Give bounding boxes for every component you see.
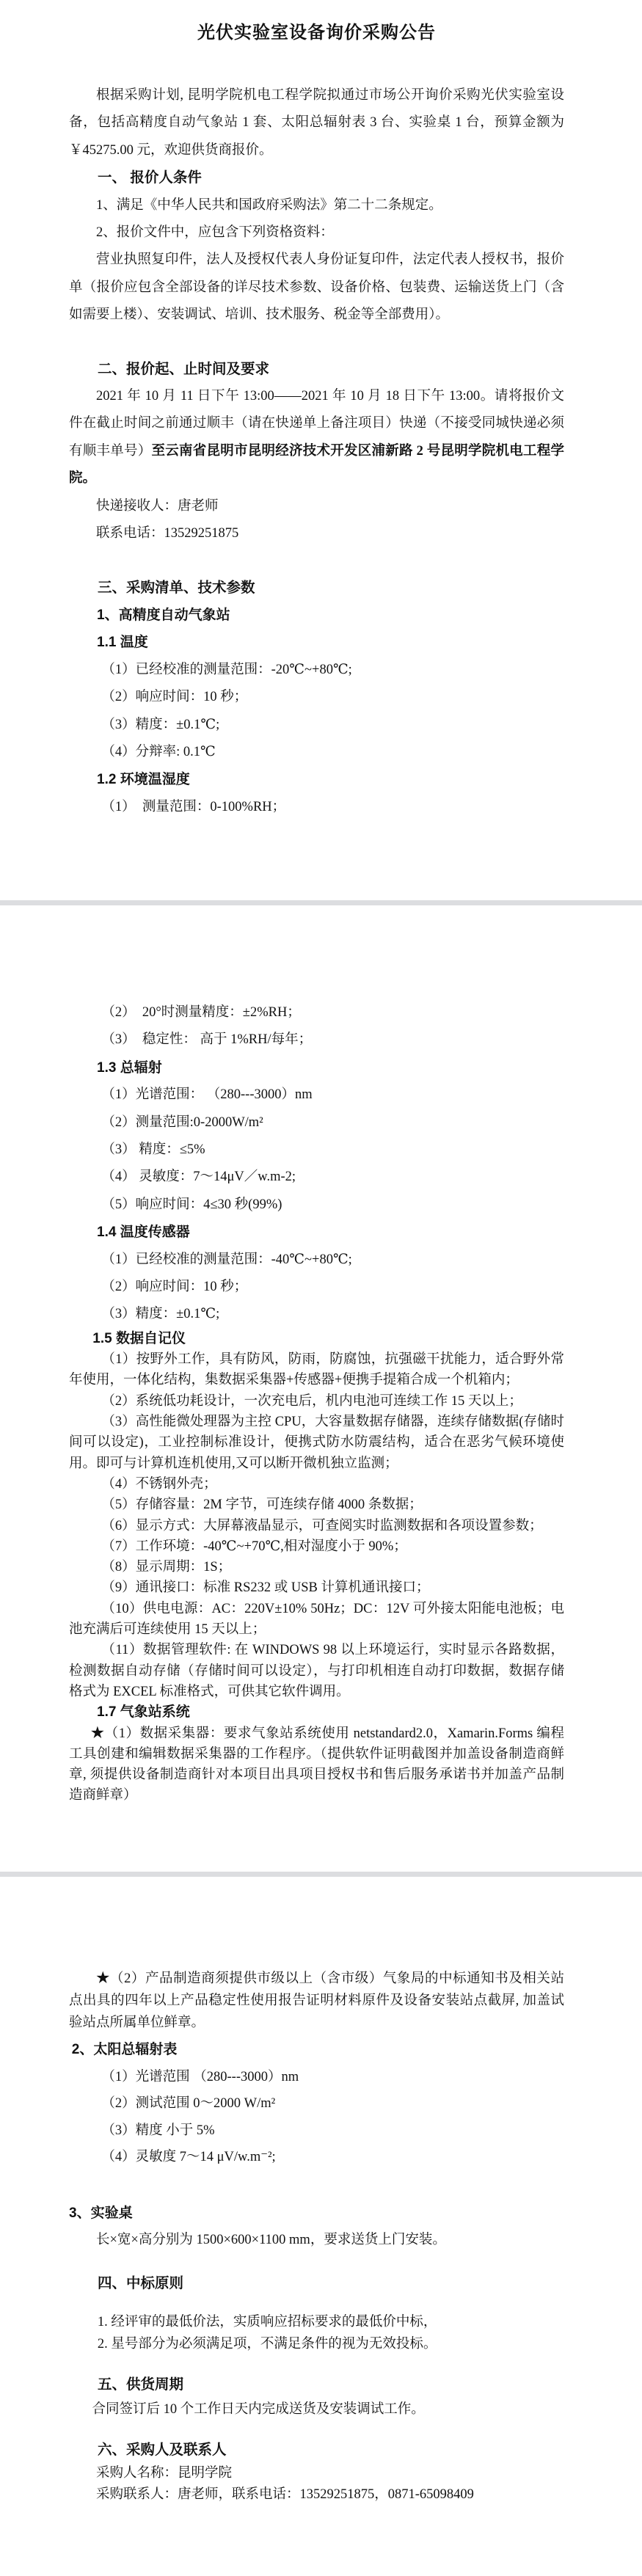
station-heading: 1、高精度自动气象站 xyxy=(69,602,564,629)
spec-item: （4）不锈钢外壳； xyxy=(69,1474,564,1495)
spec-item: （2）响应时间：10 秒； xyxy=(69,684,564,711)
spec-item: （1）光谱范围 （280---3000）nm xyxy=(69,2064,564,2091)
section-1-item-1: 1、满足《中华人民共和国政府采购法》第二十二条规定。 xyxy=(69,192,564,219)
buyer-contact: 采购联系人：唐老师，联系电话：13529251875，0871-65098409 xyxy=(69,2484,564,2506)
spec-item: （3） 精度：≤5% xyxy=(69,1136,564,1164)
spec-item: （3） 稳定性： 高于 1%RH/每年； xyxy=(69,1026,564,1054)
spec-item: （11）数据管理软件: 在 WINDOWS 98 以上环境运行，实时显示各路数据… xyxy=(69,1640,564,1702)
spec-item: （2） 20°时测量精度：±2%RH； xyxy=(69,999,564,1026)
section-1-qualification-paragraph: 营业执照复印件，法人及授权代表人身份证复印件，法定代表人授权书，报价单（报价应包… xyxy=(69,247,564,329)
spec-item: （4） 灵敏度：7～14μV／w.m-2; xyxy=(69,1164,564,1191)
spec-item: （10）供电电源：AC：220V±10% 50Hz；DC：12V 可外接太阳能电… xyxy=(69,1599,564,1641)
intro-paragraph: 根据采购计划, 昆明学院机电工程学院拟通过市场公开询价采购光伏实验室设备，包括高… xyxy=(69,82,564,164)
section-3-heading: 三、采购清单、技术参数 xyxy=(69,574,564,602)
courier-receiver: 快递接收人：唐老师 xyxy=(69,493,564,520)
spec-item: （6）显示方式：大屏幕液晶显示，可查阅实时监测数据和各项设置参数； xyxy=(69,1516,564,1536)
spec-item: （9）通讯接口：标准 RS232 或 USB 计算机通讯接口； xyxy=(69,1577,564,1598)
award-rule-item: 1. 经评审的最低价法，实质响应招标要求的最低价中标， xyxy=(69,2311,564,2333)
logger-heading: 1.5 数据自记仪 xyxy=(69,1329,564,1349)
page-separator xyxy=(0,1872,642,1877)
section-6-heading: 六、采购人及联系人 xyxy=(69,2437,564,2464)
spec-item: （4）灵敏度 7～14 μV/w.m⁻²; xyxy=(69,2144,564,2171)
spec-item: （2）响应时间：10 秒； xyxy=(69,1274,564,1301)
procurement-announcement-document: 光伏实验室设备询价采购公告 根据采购计划, 昆明学院机电工程学院拟通过市场公开询… xyxy=(0,0,642,2576)
page-3: ★（2）产品制造商须提供市级以上（含市级）气象局的中标通知书及相关站点出具的四年… xyxy=(0,1877,642,2576)
spec-item: （1）已经校准的测量范围：-20℃~+80℃; xyxy=(69,657,564,684)
spec-item: （3）精度 小于 5% xyxy=(69,2117,564,2145)
page-separator xyxy=(0,900,642,905)
spec-item: （8）显示周期：1S； xyxy=(69,1557,564,1577)
spec-item: （3）精度：±0.1℃; xyxy=(69,1301,564,1328)
pyranometer-heading: 2、太阳总辐射表 xyxy=(69,2037,564,2064)
spec-item: （1）已经校准的测量范围：-40℃~+80℃; xyxy=(69,1247,564,1274)
temp-heading: 1.1 温度 xyxy=(69,629,564,656)
document-title: 光伏实验室设备询价采购公告 xyxy=(69,19,564,47)
desk-heading: 3、实验桌 xyxy=(69,2200,564,2227)
section-5-heading: 五、供货周期 xyxy=(69,2371,564,2398)
delivery-period-paragraph: 合同签订后 10 个工作日天内完成送货及安装调试工作。 xyxy=(69,2398,564,2420)
buyer-name: 采购人名称：昆明学院 xyxy=(69,2463,564,2484)
spec-item: （1）光谱范围： （280---3000）nm xyxy=(69,1081,564,1109)
page-1: 光伏实验室设备询价采购公告 根据采购计划, 昆明学院机电工程学院拟通过市场公开询… xyxy=(0,0,642,900)
section-4-heading: 四、中标原则 xyxy=(69,2270,564,2297)
spec-item: （2）测量范围:0-2000W/m² xyxy=(69,1109,564,1136)
weather-system-heading: 1.7 气象站系统 xyxy=(69,1702,564,1723)
temp-sensor-heading: 1.4 温度传感器 xyxy=(69,1219,564,1246)
spec-item: （4）分辩率: 0.1℃ xyxy=(69,739,564,766)
spec-item: （5）存储容量：2M 字节，可连续存储 4000 条数据； xyxy=(69,1495,564,1515)
starred-requirement-2: ★（2）产品制造商须提供市级以上（含市级）气象局的中标通知书及相关站点出具的四年… xyxy=(69,1968,564,2034)
spec-item: （3）精度：±0.1℃; xyxy=(69,712,564,739)
humidity-heading: 1.2 环境温湿度 xyxy=(69,766,564,793)
section-2-heading: 二、报价起、止时间及要求 xyxy=(69,356,564,383)
award-rule-item: 2. 星号部分为必须满足项，不满足条件的视为无效投标。 xyxy=(69,2333,564,2355)
section-2-time-paragraph: 2021 年 10 月 11 日下午 13:00——2021 年 10 月 18… xyxy=(69,383,564,493)
spec-item: （5）响应时间：4≤30 秒(99%) xyxy=(69,1192,564,1219)
section-1-item-2: 2、报价文件中，应包含下列资格资料： xyxy=(69,219,564,247)
radiation-heading: 1.3 总辐射 xyxy=(69,1054,564,1081)
spec-item: （2）测试范围 0～2000 W/m² xyxy=(69,2090,564,2117)
page-2: （2） 20°时测量精度：±2%RH； （3） 稳定性： 高于 1%RH/每年；… xyxy=(0,905,642,1872)
section-1-heading: 一、 报价人条件 xyxy=(69,164,564,191)
spec-item: （1） 测量范围：0-100%RH； xyxy=(69,794,564,821)
spec-item: （2）系统低功耗设计，一次充电后，机内电池可连续工作 15 天以上； xyxy=(69,1391,564,1412)
starred-requirement-1: ★（1）数据采集器：要求气象站系统使用 netstandard2.0，Xamar… xyxy=(69,1723,564,1806)
contact-phone: 联系电话：13529251875 xyxy=(69,520,564,547)
spec-item: （3）高性能微处理器为主控 CPU，大容量数据存储器，连续存储数据(存储时间可以… xyxy=(69,1412,564,1474)
desk-spec-paragraph: 长×宽×高分别为 1500×600×1100 mm，要求送货上门安装。 xyxy=(69,2227,564,2254)
spec-item: （7）工作环境：-40℃~+70℃,相对湿度小于 90%； xyxy=(69,1536,564,1557)
spec-item: （1）按野外工作，具有防风，防雨，防腐蚀，抗强磁干扰能力，适合野外常年使用，一体… xyxy=(69,1349,564,1391)
